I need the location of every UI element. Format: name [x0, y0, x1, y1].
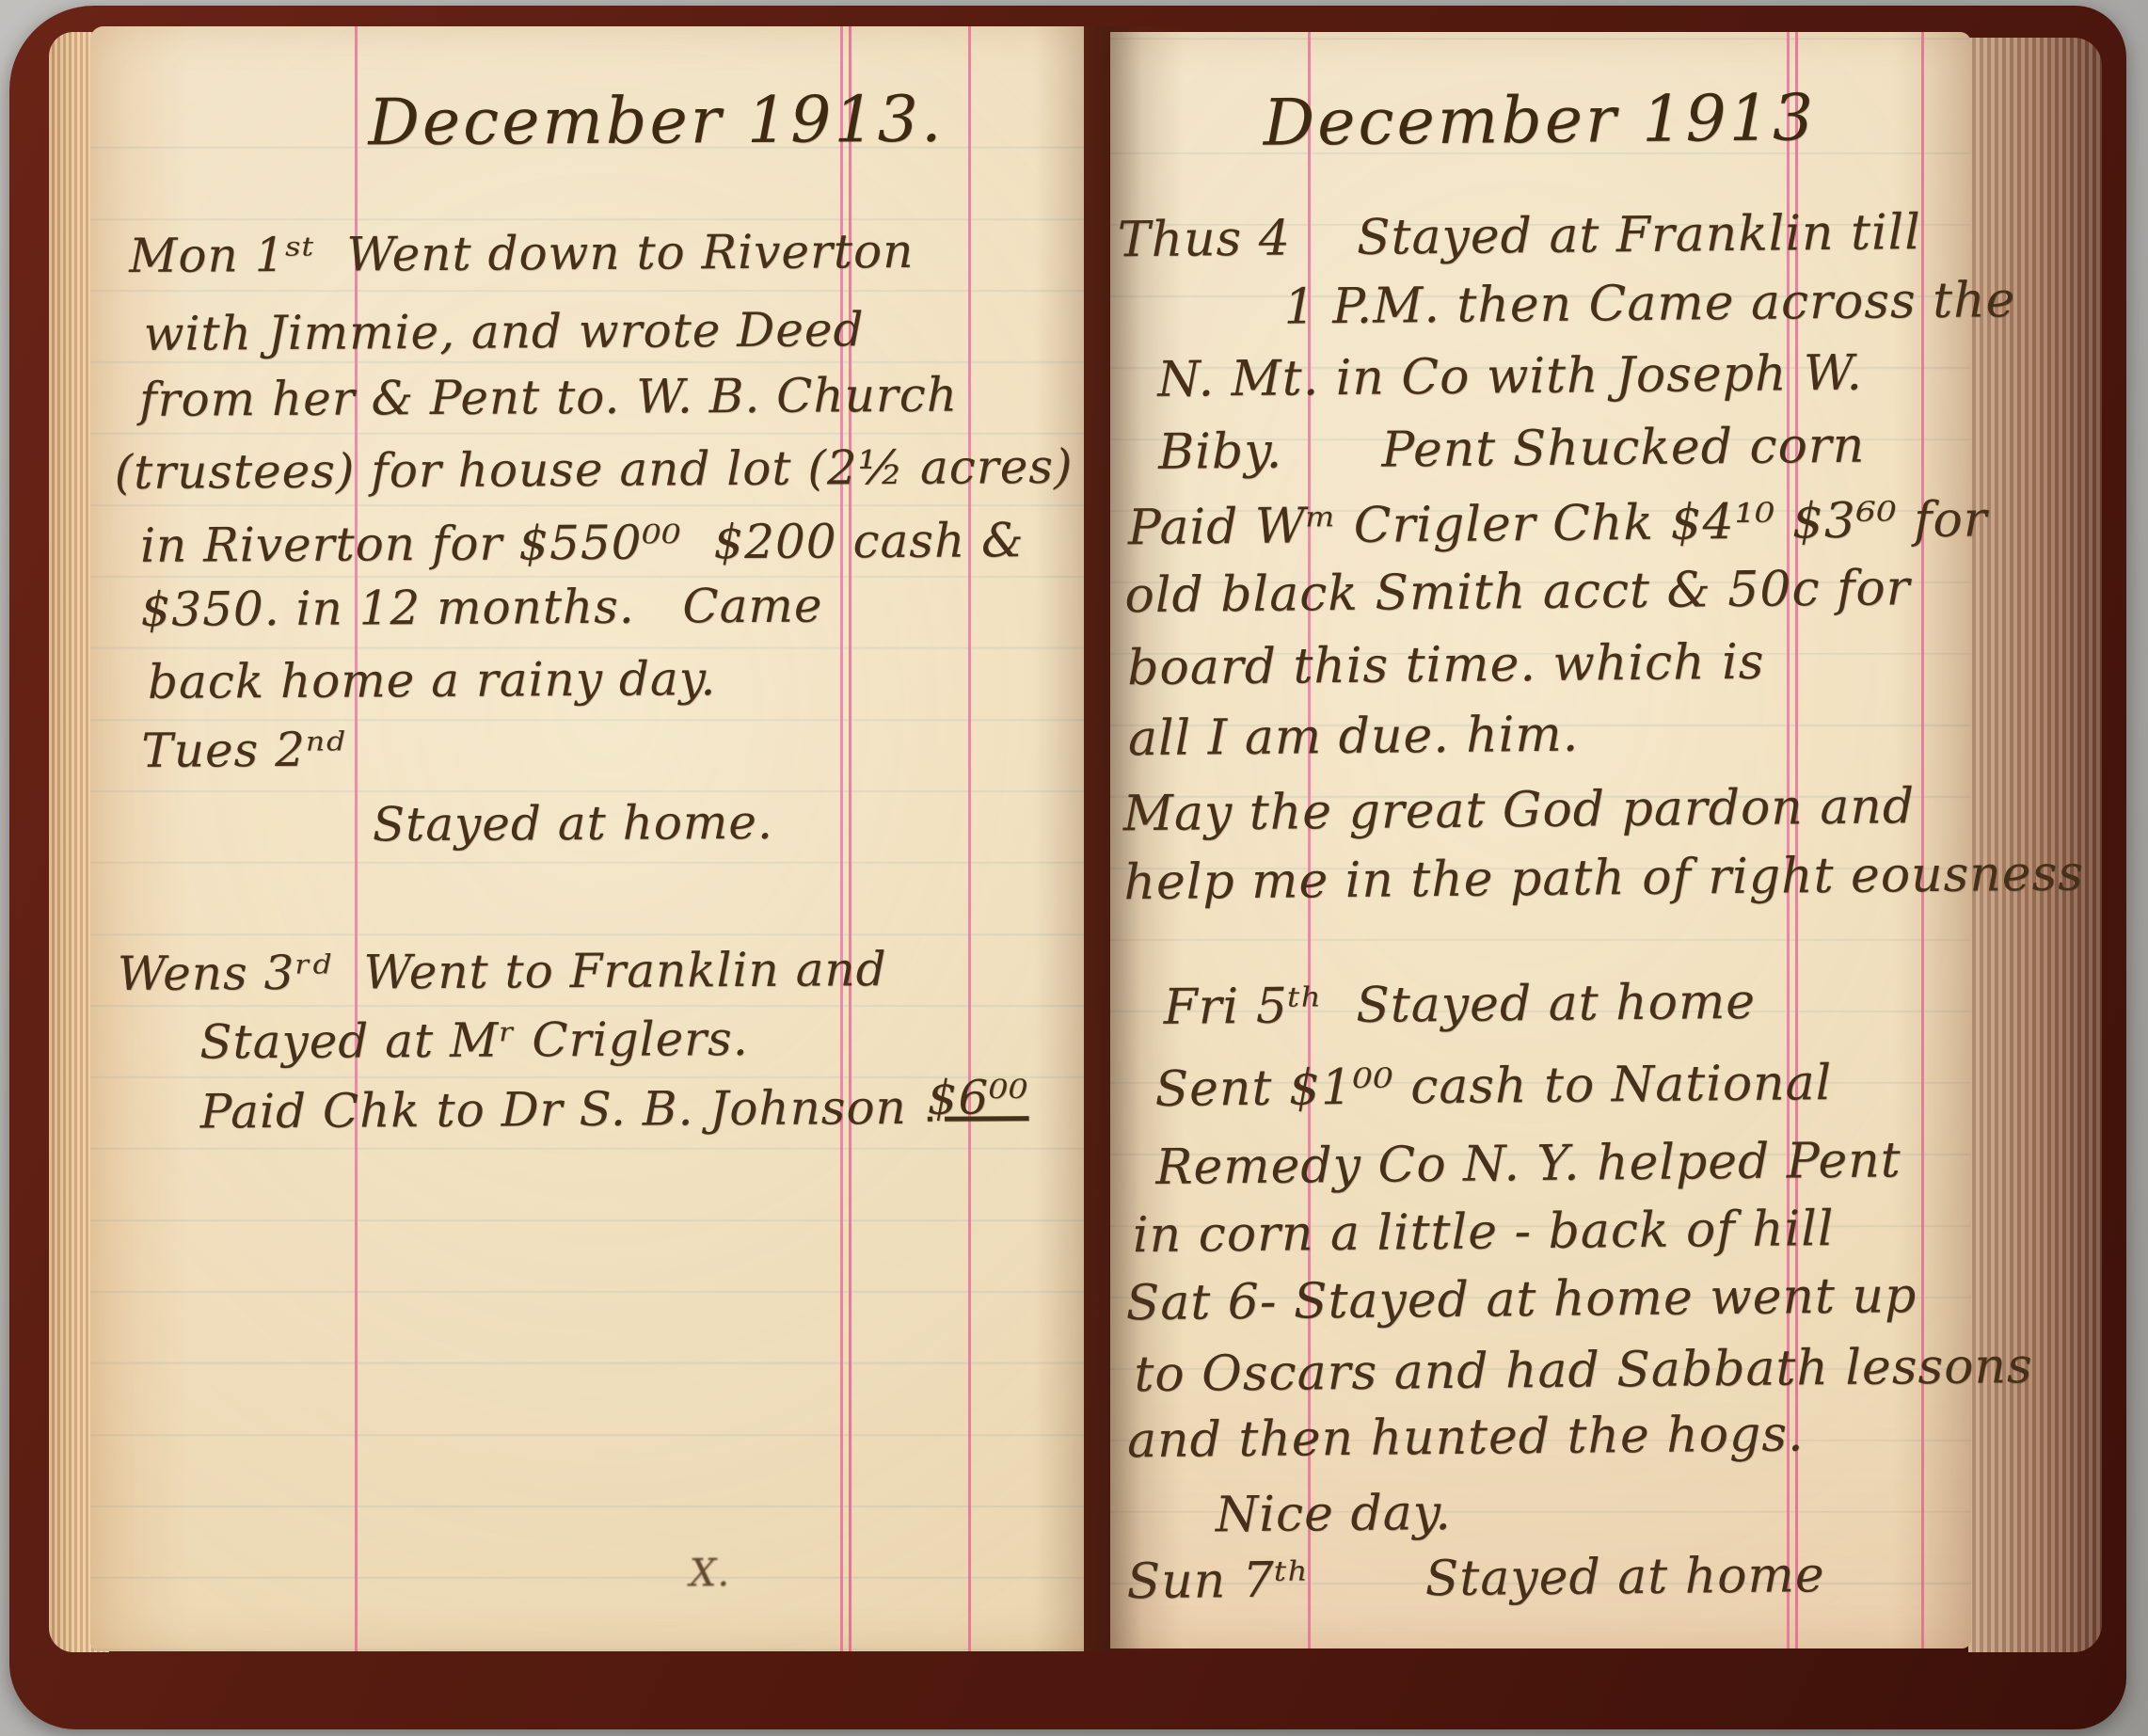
diary-line: Tues 2ⁿᵈ [141, 723, 345, 778]
diary-line: 1 P.M. then Came across the [1283, 272, 2015, 335]
diary-line: Biby. Pent Shucked corn [1158, 418, 1866, 481]
diary-line: Sent $1⁰⁰ cash to National [1154, 1055, 1832, 1118]
diary-line: in corn a little - back of hill [1133, 1201, 1835, 1264]
diary-line: May the great God pardon and [1122, 778, 1915, 842]
diary-line: Stayed at home. [373, 795, 773, 852]
diary-line: Mon 1ˢᵗ Went down to Riverton [129, 224, 914, 283]
diary-line: back home a rainy day. [148, 651, 717, 709]
diary-line: Sun 7ᵗʰ Stayed at home [1126, 1547, 1825, 1610]
diary-line: from her & Pent to. W. B. Church [139, 368, 958, 427]
notebook-scan: December 1913. Mon 1ˢᵗ Went down to Rive… [0, 0, 2148, 1736]
left-page: December 1913. Mon 1ˢᵗ Went down to Rive… [90, 26, 1084, 1651]
diary-line: Wens 3ʳᵈ Went to Franklin and [118, 942, 887, 1001]
diary-line: Nice day. [1216, 1485, 1452, 1543]
diary-line: in Riverton for $550⁰⁰ $200 cash & [140, 513, 1025, 573]
diary-line: help me in the path of right eousness [1123, 845, 2084, 911]
diary-line: Sat 6- Stayed at home went up [1125, 1267, 1917, 1331]
diary-line: (trustees) for house and lot (2½ acres) [114, 439, 1073, 500]
diary-line: $350. in 12 months. Came [140, 578, 822, 636]
diary-line: N. Mt. in Co with Joseph W. [1157, 345, 1863, 408]
diary-line: with Jimmie, and wrote Deed [144, 302, 865, 361]
diary-line: and then hunted the hogs. [1127, 1406, 1805, 1469]
right-page-handwriting: December 1913 Thus 4 Stayed at Franklin … [1103, 28, 1979, 1653]
diary-line: to Oscars and had Sabbath lessons [1134, 1338, 2033, 1403]
diary-line: all I am due. him. [1128, 707, 1580, 768]
diary-line: Stayed at Mʳ Criglers. [199, 1011, 749, 1070]
diary-line: Paid Wᵐ Crigler Chk $4¹⁰ $3⁶⁰ for [1128, 491, 1988, 556]
ink-smudge-mark: X. [690, 1552, 730, 1595]
diary-line: board this time. which is [1127, 634, 1765, 696]
month-header-left: December 1913. [368, 83, 945, 161]
diary-line: old black Smith acct & 50c for [1124, 560, 1911, 624]
diary-line: Remedy Co N. Y. helped Pent [1155, 1132, 1901, 1196]
diary-line: Fri 5ᵗʰ Stayed at home [1163, 974, 1756, 1036]
right-page: December 1913 Thus 4 Stayed at Franklin … [1110, 32, 1971, 1648]
diary-line: Thus 4 Stayed at Franklin till [1118, 204, 1922, 268]
diary-line: Paid Chk to Dr S. B. Johnson [200, 1080, 907, 1139]
month-header-right: December 1913 [1263, 81, 1816, 161]
amount-paid: $6⁰⁰ [928, 1070, 1029, 1125]
left-page-handwriting: December 1913. Mon 1ˢᵗ Went down to Rive… [86, 24, 1090, 1654]
